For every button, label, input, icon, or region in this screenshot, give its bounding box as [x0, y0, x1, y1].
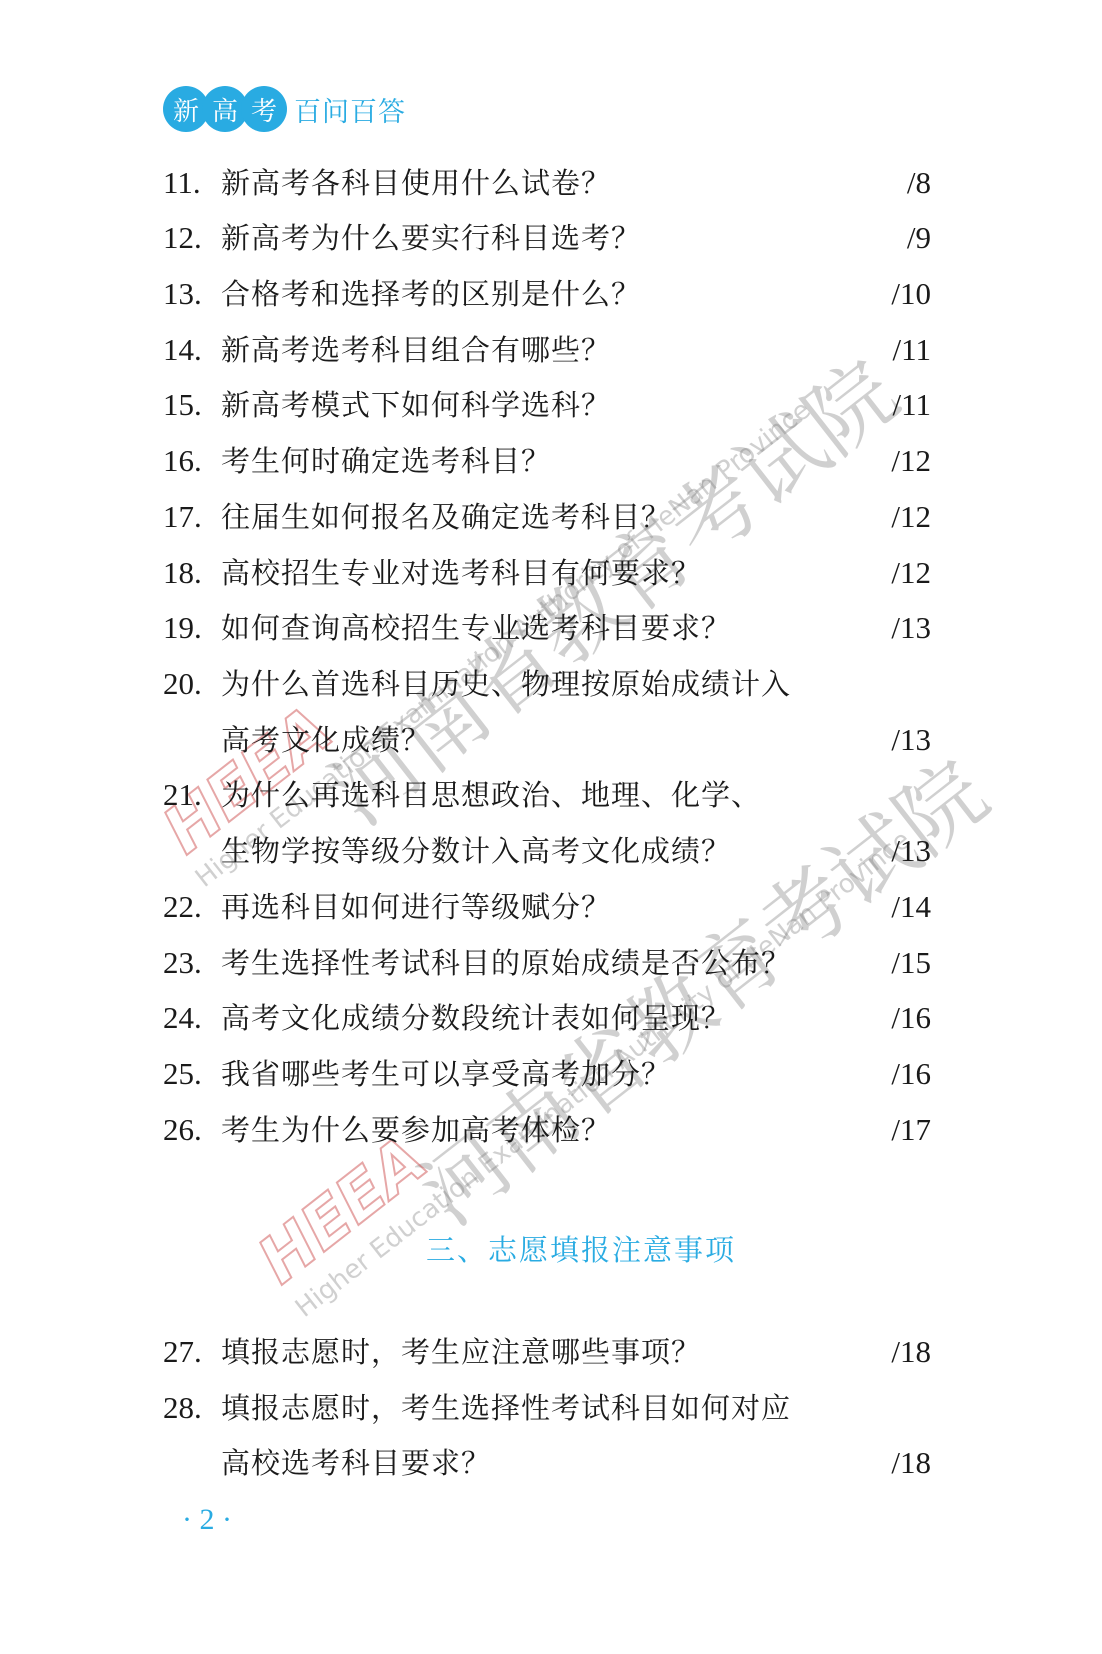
toc-number: 14. — [163, 330, 221, 370]
toc-page: /13 — [871, 608, 931, 648]
toc-page: /13 — [871, 720, 931, 760]
toc-entry[interactable]: 18. 高校招生专业对选考科目有何要求？ /12 — [163, 553, 931, 593]
toc-entry[interactable]: 21. 为什么再选科目思想政治、地理、化学、 — [163, 775, 931, 815]
toc-entry[interactable]: 22. 再选科目如何进行等级赋分？ /14 — [163, 887, 931, 927]
toc-number: 21. — [163, 775, 221, 815]
toc-page: /17 — [871, 1110, 931, 1150]
toc-title: 往届生如何报名及确定选考科目？ — [221, 497, 871, 537]
toc-entry-continuation[interactable]: 生物学按等级分数计入高考文化成绩？ /13 — [163, 831, 931, 871]
toc-title: 合格考和选择考的区别是什么？ — [221, 274, 871, 314]
section-heading: 三、志愿填报注意事项 — [0, 1228, 1102, 1269]
toc-number: 13. — [163, 274, 221, 314]
toc-title: 考生何时确定选考科目？ — [221, 441, 871, 481]
toc-entry-continuation[interactable]: 高校选考科目要求？ /18 — [163, 1443, 931, 1483]
toc-entry[interactable]: 15. 新高考模式下如何科学选科？ /11 — [163, 385, 931, 425]
toc-page: /12 — [871, 441, 931, 481]
toc-number: 28. — [163, 1388, 221, 1428]
page-number: · 2 · — [182, 1503, 232, 1537]
header-subtitle: 百问百答 — [294, 90, 406, 129]
toc-number: 26. — [163, 1110, 221, 1150]
toc-entry[interactable]: 19. 如何查询高校招生专业选考科目要求？ /13 — [163, 608, 931, 648]
toc-page: /12 — [871, 553, 931, 593]
toc-entry[interactable]: 23. 考生选择性考试科目的原始成绩是否公布？ /15 — [163, 943, 931, 983]
toc-number: 15. — [163, 385, 221, 425]
toc-page: /10 — [871, 274, 931, 314]
toc-title: 如何查询高校招生专业选考科目要求？ — [221, 608, 871, 648]
toc-title: 高考文化成绩分数段统计表如何呈现？ — [221, 998, 871, 1038]
toc-number: 17. — [163, 497, 221, 537]
toc-title: 为什么首选科目历史、物理按原始成绩计入 — [221, 664, 871, 704]
toc-page: /11 — [871, 330, 931, 370]
toc-page: /18 — [871, 1332, 931, 1372]
toc-number: 24. — [163, 998, 221, 1038]
toc-entry[interactable]: 16. 考生何时确定选考科目？ /12 — [163, 441, 931, 481]
toc-number: 25. — [163, 1054, 221, 1094]
toc-number: 20. — [163, 664, 221, 704]
toc-title: 考生为什么要参加高考体检？ — [221, 1110, 871, 1150]
toc-title: 考生选择性考试科目的原始成绩是否公布？ — [221, 943, 871, 983]
toc-entry[interactable]: 26. 考生为什么要参加高考体检？ /17 — [163, 1110, 931, 1150]
toc-title: 新高考各科目使用什么试卷？ — [221, 163, 871, 203]
toc-page: /12 — [871, 497, 931, 537]
toc-entry[interactable]: 14. 新高考选考科目组合有哪些？ /11 — [163, 330, 931, 370]
toc-page: /14 — [871, 887, 931, 927]
toc-page: /11 — [871, 385, 931, 425]
toc-title: 高校招生专业对选考科目有何要求？ — [221, 553, 871, 593]
toc-page: /15 — [871, 943, 931, 983]
toc-title: 我省哪些考生可以享受高考加分？ — [221, 1054, 871, 1094]
toc-page: /16 — [871, 998, 931, 1038]
toc-title: 填报志愿时，考生应注意哪些事项？ — [221, 1332, 871, 1372]
toc-title: 新高考模式下如何科学选科？ — [221, 385, 871, 425]
toc-number: 16. — [163, 441, 221, 481]
toc-entry[interactable]: 24. 高考文化成绩分数段统计表如何呈现？ /16 — [163, 998, 931, 1038]
toc-entry[interactable]: 27. 填报志愿时，考生应注意哪些事项？ /18 — [163, 1332, 931, 1372]
toc-title: 再选科目如何进行等级赋分？ — [221, 887, 871, 927]
toc-entry[interactable]: 11. 新高考各科目使用什么试卷？ /8 — [163, 163, 931, 203]
toc-entry[interactable]: 25. 我省哪些考生可以享受高考加分？ /16 — [163, 1054, 931, 1094]
toc-number: 18. — [163, 553, 221, 593]
toc-title: 填报志愿时，考生选择性考试科目如何对应 — [221, 1388, 871, 1428]
toc-page: /18 — [871, 1443, 931, 1483]
toc-number: 11. — [163, 163, 221, 203]
toc-page: /16 — [871, 1054, 931, 1094]
book-header: 新 高 考 百问百答 — [163, 86, 406, 132]
toc-entry[interactable]: 20. 为什么首选科目历史、物理按原始成绩计入 — [163, 664, 931, 704]
toc-number: 19. — [163, 608, 221, 648]
toc-title-continued: 高考文化成绩？ — [221, 720, 871, 760]
toc-page: /13 — [871, 831, 931, 871]
toc-title: 为什么再选科目思想政治、地理、化学、 — [221, 775, 871, 815]
toc-page: /9 — [871, 218, 931, 258]
toc-number: 12. — [163, 218, 221, 258]
header-badge: 新 高 考 — [163, 86, 280, 132]
toc-title: 新高考为什么要实行科目选考？ — [221, 218, 871, 258]
toc-entry-continuation[interactable]: 高考文化成绩？ /13 — [163, 720, 931, 760]
badge-circle: 考 — [241, 86, 287, 132]
toc-title: 新高考选考科目组合有哪些？ — [221, 330, 871, 370]
toc-number: 22. — [163, 887, 221, 927]
toc-number: 27. — [163, 1332, 221, 1372]
toc-entry[interactable]: 28. 填报志愿时，考生选择性考试科目如何对应 — [163, 1388, 931, 1428]
toc-page: /8 — [871, 163, 931, 203]
toc-entry[interactable]: 12. 新高考为什么要实行科目选考？ /9 — [163, 218, 931, 258]
toc-number: 23. — [163, 943, 221, 983]
toc-entry[interactable]: 13. 合格考和选择考的区别是什么？ /10 — [163, 274, 931, 314]
toc-title-continued: 生物学按等级分数计入高考文化成绩？ — [221, 831, 871, 871]
toc-entry[interactable]: 17. 往届生如何报名及确定选考科目？ /12 — [163, 497, 931, 537]
toc-title-continued: 高校选考科目要求？ — [221, 1443, 871, 1483]
